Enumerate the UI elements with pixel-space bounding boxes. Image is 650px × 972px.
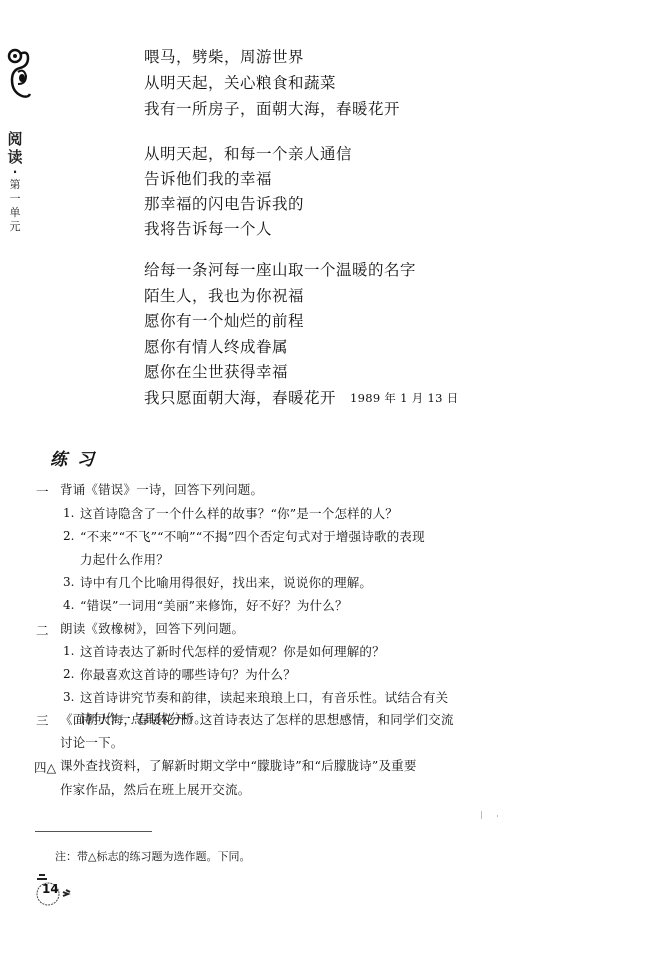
question-number: 2. <box>63 667 74 681</box>
exercise-number: 三 <box>36 711 49 729</box>
unit-label-char: 元 <box>6 220 24 234</box>
unit-label-dot: · <box>6 166 24 178</box>
question-text: 诗中有几个比喻用得很好，找出来，说说你的理解。 <box>80 575 372 591</box>
exercise-prompt-cont: 讨论一下。 <box>60 735 124 751</box>
poem-line: 从明天起，关心粮食和蔬菜 <box>144 73 336 93</box>
poem-line: 喂马，劈柴，周游世界 <box>144 47 304 67</box>
question-number: 3. <box>63 690 74 704</box>
question-text-cont: 力起什么作用？ <box>80 552 169 568</box>
exercise-prompt-cont: 作家作品，然后在班上展开交流。 <box>60 782 251 798</box>
question-text: 这首诗表达了新时代怎样的爱情观？你是如何理解的？ <box>80 644 385 660</box>
poem-line: 我只愿面朝大海，春暖花开 <box>144 388 336 408</box>
question-text: 你最喜欢这首诗的哪些诗句？为什么？ <box>80 667 296 683</box>
exercise-number: 二 <box>36 621 49 639</box>
poem-line: 告诉他们我的幸福 <box>144 169 272 189</box>
footnote-divider <box>35 831 152 832</box>
poem-date: 1989 年 1 月 13 日 <box>350 390 459 406</box>
question-number: 2. <box>63 529 74 543</box>
unit-label: 阅 读 · 第 一 单 元 <box>6 130 24 234</box>
poem-line: 愿你有一个灿烂的前程 <box>144 311 304 331</box>
exercise-prompt: 背诵《错误》一诗，回答下列问题。 <box>60 482 263 498</box>
poem-line: 我有一所房子，面朝大海，春暖花开 <box>144 99 400 119</box>
footnote: 注：带△标志的练习题为选作题。下同。 <box>55 848 250 864</box>
unit-label-char: 读 <box>6 148 24 166</box>
decorative-scroll-icon <box>4 46 34 104</box>
exercise-number: 四△ <box>34 758 56 776</box>
question-number: 3. <box>63 575 74 589</box>
unit-label-char: 阅 <box>6 130 24 148</box>
poem-line: 愿你有情人终成眷属 <box>144 337 288 357</box>
unit-label-char: 第 <box>6 178 24 192</box>
page-number: 14 <box>42 882 59 896</box>
poem-line: 给每一条河每一座山取一个温暖的名字 <box>144 260 416 280</box>
unit-label-char: 一 <box>6 192 24 206</box>
exercise-number: 一 <box>36 482 49 500</box>
poem-line: 陌生人，我也为你祝福 <box>144 286 304 306</box>
question-text: “错误”一词用“美丽”来修饰，好不好？为什么？ <box>80 598 348 614</box>
question-number: 4. <box>63 598 74 612</box>
exercise-prompt: 《面朝大海，春暖花开》这首诗表达了怎样的思想感情，和同学们交流 <box>60 712 454 728</box>
unit-label-char: 单 <box>6 206 24 220</box>
question-number: 1. <box>63 506 74 520</box>
exercises-title: 练习 <box>50 445 104 470</box>
question-number: 1. <box>63 644 74 658</box>
scan-artifact <box>497 815 498 817</box>
question-text: 这首诗讲究节奏和韵律，读起来琅琅上口，有音乐性。试结合有关 <box>80 690 448 706</box>
poem-line: 从明天起，和每一个亲人通信 <box>144 144 352 164</box>
page-number-badge: 14 <box>30 872 80 908</box>
poem-line: 我将告诉每一个人 <box>144 219 272 239</box>
question-text: 这首诗隐含了一个什么样的故事？“你”是一个怎样的人？ <box>80 506 398 522</box>
exercise-prompt: 课外查找资料，了解新时期文学中“朦胧诗”和“后朦胧诗”及重要 <box>60 758 417 774</box>
poem-line: 愿你在尘世获得幸福 <box>144 362 288 382</box>
exercise-prompt: 朗读《致橡树》，回答下列问题。 <box>60 621 244 637</box>
question-text: “不来”“不飞”“不响”“不揭”四个否定句式对于增强诗歌的表现 <box>80 529 425 545</box>
poem-line: 那幸福的闪电告诉我的 <box>144 194 304 214</box>
scan-artifact <box>481 811 482 819</box>
